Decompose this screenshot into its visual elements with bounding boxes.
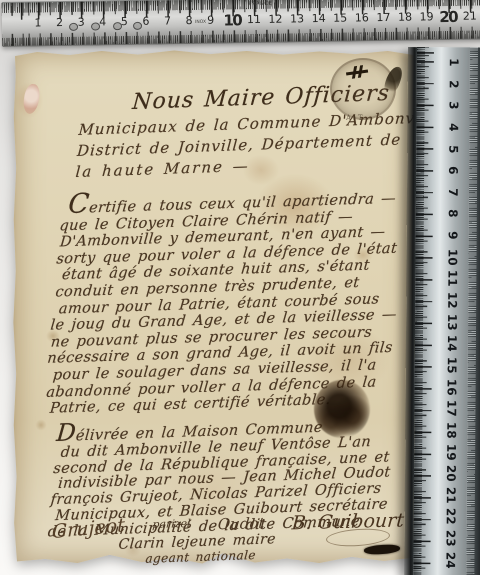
ruler-number: 4 [443,117,463,137]
ruler-number: 18 [395,8,415,28]
signature: Grujeot [52,514,125,543]
ink-stamp: AIT [328,56,402,120]
certification-paragraph: Certifie a tous ceux qu'il apartiendra —… [42,186,418,418]
ruler-number: 15 [330,9,350,29]
ruler-number: 16 [442,377,462,397]
ruler-number: 15 [442,355,462,375]
ruler-number: 13 [287,9,307,29]
ruler-number: 7 [443,182,463,202]
ruler-number: 17 [373,8,393,28]
ruler-number: 17 [441,398,461,418]
ruler-number: 1 [444,52,464,72]
stamp-partial-letters: AIT [346,114,365,122]
ruler-number: 21 [441,485,461,505]
ruler-number: 20 [441,463,461,483]
ruler-number: 23 [441,528,461,548]
ruler-number: 11 [244,10,264,30]
ink-blot [314,380,370,438]
ruler-country-mark: FRANCE [249,1,273,7]
vertical-ruler: 123456789101112131415161718192021222324 [404,47,480,575]
signature: Oudot [217,514,265,533]
ruler-number: 1 [28,13,48,33]
ruler-number: 13 [442,312,462,332]
ruler-number: 8 [443,204,463,224]
signature: parizel [152,517,191,531]
ruler-number: 16 [352,8,372,28]
ruler-number: 12 [265,10,285,30]
ruler-number: 12 [442,290,462,310]
ruler-number: 9 [443,225,463,245]
maker-logo-icon [133,22,142,30]
ruler-number: 18 [441,420,461,440]
ruler-number: 6 [443,160,463,180]
ruler-steel-mark: INOX [195,20,206,25]
ruler-number: 5 [443,139,463,159]
ruler-number: 2 [49,13,69,33]
ruler-number: 10 [442,247,462,267]
ruler-number: 19 [416,7,436,27]
ruler-number: 20 [438,7,458,27]
photograph-of-manuscript: Nous Maire OfficiersMunicipaux de la Com… [0,0,480,575]
ruler-number-column: 123456789101112131415161718192021222324 [440,52,464,570]
ruler-number: 22 [441,507,461,527]
ruler-number: 19 [441,442,461,462]
ruler-number: 7 [157,11,177,31]
ruler-number: 11 [442,269,462,289]
ruler-number: 2 [444,74,464,94]
ruler-number: 24 [440,550,460,570]
ruler-number: 14 [309,9,329,29]
ruler-number: 14 [442,334,462,354]
maker-logo-icon [113,22,122,30]
horizontal-ruler: 123456789101112131415161718192021 FRANCE… [2,0,480,47]
ruler-number: 10 [222,10,242,30]
ruler-number: 21 [460,6,480,26]
postscript-lines: Clarin lejeune maireageant nationale [117,531,276,567]
ruler-number: 3 [444,96,464,116]
